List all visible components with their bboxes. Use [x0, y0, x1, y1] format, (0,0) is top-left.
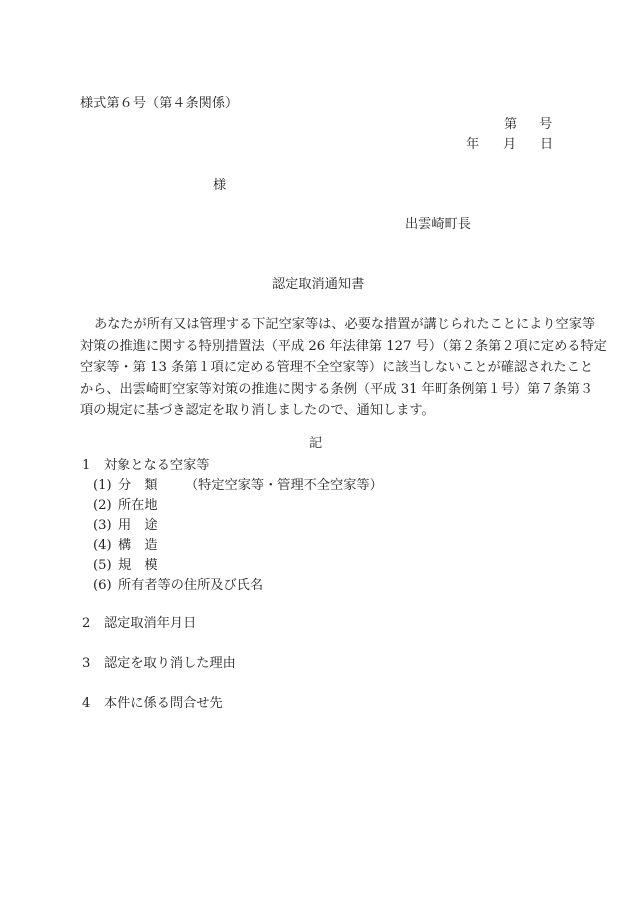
body-paragraph: あなたが所有又は管理する下記空家等は、必要な措置が講じられたことにより空家等 対…	[80, 314, 552, 422]
subitem-5: (5)規 模	[93, 558, 158, 574]
subitem-note: （特定空家等・管理不全空家等）	[185, 478, 383, 493]
subitem-6: (6)所有者等の住所及び氏名	[93, 578, 263, 594]
body-line: 項の規定に基づき認定を取り消しましたので、通知します。	[80, 400, 552, 422]
body-line: 対策の推進に関する特別措置法（平成 26 年法律第 127 号）（第２条第２項に…	[80, 336, 552, 358]
item-number: 1	[82, 458, 104, 474]
addressee-suffix: 様	[213, 178, 226, 194]
item-label: 認定取消年月日	[104, 616, 196, 631]
item-label: 対象となる空家等	[104, 458, 210, 473]
subitem-1: (1)分 類（特定空家等・管理不全空家等）	[93, 478, 383, 494]
item-number: 2	[82, 616, 104, 632]
item-label: 本件に係る問合せ先	[104, 696, 223, 711]
subitem-label: 用 途	[118, 518, 158, 533]
subitem-label: 所在地	[118, 498, 158, 513]
ki-heading: 記	[309, 436, 322, 452]
item-number: 3	[82, 656, 104, 672]
body-line: あなたが所有又は管理する下記空家等は、必要な措置が講じられたことにより空家等	[80, 314, 552, 336]
doc-number-go: 号	[539, 117, 552, 133]
subitem-number: (1)	[93, 478, 118, 494]
item-2: 2認定取消年月日	[82, 616, 196, 632]
subitem-label: 分 類	[118, 478, 185, 494]
subitem-2: (2)所在地	[93, 498, 158, 514]
subitem-number: (4)	[93, 538, 118, 554]
subitem-number: (6)	[93, 578, 118, 594]
subitem-3: (3)用 途	[93, 518, 158, 534]
subitem-label: 所有者等の住所及び氏名	[118, 578, 263, 593]
date-day: 日	[540, 137, 553, 153]
form-label: 様式第６号（第４条関係）	[80, 96, 238, 112]
subitem-number: (2)	[93, 498, 118, 514]
issuer: 出雲崎町長	[405, 217, 471, 233]
item-1: 1対象となる空家等	[82, 458, 210, 474]
document-title: 認定取消通知書	[272, 277, 364, 293]
subitem-label: 構 造	[118, 538, 158, 553]
item-number: 4	[82, 696, 104, 712]
date-year: 年	[466, 137, 479, 153]
item-4: 4本件に係る問合せ先	[82, 696, 223, 712]
subitem-label: 規 模	[118, 558, 158, 573]
subitem-number: (3)	[93, 518, 118, 534]
subitem-4: (4)構 造	[93, 538, 158, 554]
body-line: 空家等・第 13 条第１項に定める管理不全空家等）に該当しないことが確認されたこ…	[80, 357, 552, 379]
item-3: 3認定を取り消した理由	[82, 656, 236, 672]
date-month: 月	[503, 137, 516, 153]
doc-number-dai: 第	[504, 117, 517, 133]
item-label: 認定を取り消した理由	[104, 656, 236, 671]
subitem-number: (5)	[93, 558, 118, 574]
body-line: から、出雲崎町空家等対策の推進に関する条例（平成 31 年町条例第１号）第７条第…	[80, 379, 552, 401]
